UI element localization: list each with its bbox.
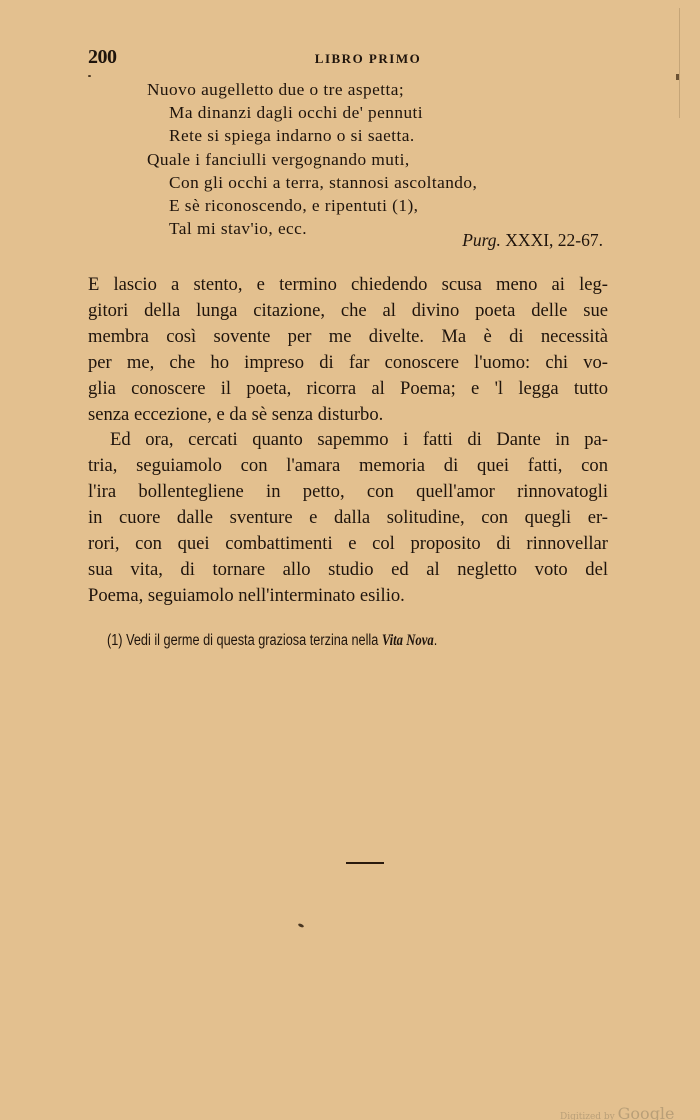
- watermark-brand: Google: [618, 1104, 675, 1120]
- page-edge-line: [679, 8, 680, 118]
- text-line: membra così sovente per me divelte. Ma è…: [88, 324, 608, 350]
- ink-speck: [88, 75, 91, 77]
- body-text: E lascio a stento, e termino chiedendo s…: [88, 272, 608, 609]
- footnote-text: Vedi il germe di questa graziosa terzina…: [123, 632, 382, 649]
- paragraph: Ed ora, cercati quanto sapemmo i fatti d…: [88, 427, 608, 608]
- section-rule: [346, 862, 384, 864]
- running-head: LIBRO PRIMO: [88, 51, 608, 67]
- ink-speck: [298, 923, 305, 928]
- text-line: sua vita, di tornare allo studio ed al n…: [88, 557, 608, 583]
- text-line: gitori della lunga citazione, che al div…: [88, 298, 608, 324]
- verse-line: Quale i fanciulli vergognando muti,: [147, 148, 477, 171]
- paragraph: E lascio a stento, e termino chiedendo s…: [88, 272, 608, 427]
- text-line: E lascio a stento, e termino chiedendo s…: [88, 272, 608, 298]
- text-line: tria, seguiamolo con l'amara memoria di …: [88, 453, 608, 479]
- footnote: (1) Vedi il germe di questa graziosa ter…: [107, 632, 437, 650]
- verse-citation: Purg. XXXI, 22-67.: [0, 230, 603, 251]
- citation-work: Purg.: [462, 230, 501, 250]
- text-line: Ed ora, cercati quanto sapemmo i fatti d…: [88, 427, 608, 453]
- text-line: senza eccezione, e da sè senza disturbo.: [88, 402, 608, 428]
- text-line: in cuore dalle sventure e dalla solitudi…: [88, 505, 608, 531]
- citation-reference: XXXI, 22-67.: [501, 230, 603, 250]
- page-edge-mark: [676, 74, 679, 80]
- verse-line: Nuovo augelletto due o tre aspetta;: [147, 78, 477, 101]
- digitization-watermark: Digitized by Google: [560, 1104, 675, 1120]
- text-line: rori, con quei combattimenti e col propo…: [88, 531, 608, 557]
- verse-line: Rete si spiega indarno o si saetta.: [147, 124, 477, 147]
- text-line: Poema, seguiamolo nell'interminato esili…: [88, 583, 608, 609]
- text-line: glia conoscere il poeta, ricorra al Poem…: [88, 376, 608, 402]
- verse-line: Con gli occhi a terra, stannosi ascoltan…: [147, 171, 477, 194]
- footnote-marker: (1): [107, 632, 123, 649]
- watermark-prefix: Digitized by: [560, 1112, 618, 1120]
- verse-line: Ma dinanzi dagli occhi de' pennuti: [147, 101, 477, 124]
- page-header: 200 LIBRO PRIMO: [88, 46, 608, 70]
- text-line: l'ira bollentegliene in petto, con quell…: [88, 479, 608, 505]
- verse-quotation: Nuovo augelletto due o tre aspetta; Ma d…: [147, 78, 477, 240]
- footnote-end: .: [434, 632, 438, 649]
- verse-line: E sè riconoscendo, e ripentuti (1),: [147, 194, 477, 217]
- footnote-italic-title: Vita Nova: [382, 632, 434, 649]
- text-line: per me, che ho impreso di far conoscere …: [88, 350, 608, 376]
